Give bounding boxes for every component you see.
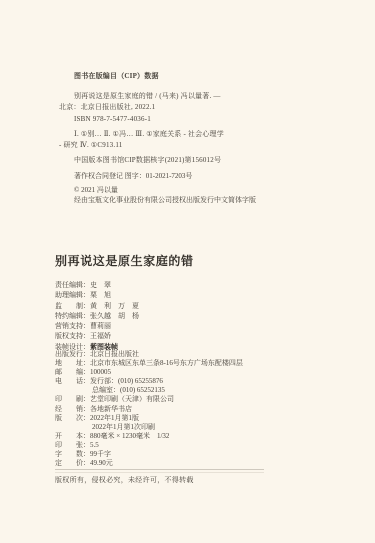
credit-value: 栗 旭 (90, 291, 111, 299)
publication-label: 印 刷： (55, 395, 90, 404)
publication-value: 99千字 (90, 450, 111, 458)
credit-value: 曹莉丽 (90, 322, 111, 330)
copyright-year-line: © 2021 冯以量 (74, 186, 256, 196)
credit-row-rights-support: 版权支持：王福娇 (55, 331, 139, 341)
publication-value: 100005 (90, 368, 111, 376)
credit-label: 版权支持： (55, 331, 90, 341)
credit-label: 监 制： (55, 301, 90, 311)
credit-value: 王福娇 (90, 332, 111, 340)
credit-row-assistant-editor: 助理编辑：栗 旭 (55, 290, 139, 300)
publication-label: 开 本： (55, 432, 90, 441)
publication-label: 电 话： (55, 377, 90, 386)
cip-description-line-2: 北京：北京日报出版社, 2022.1 (59, 102, 335, 113)
publication-label: 定 价： (55, 459, 90, 468)
publication-value: 总编室：(010) 65252135 (92, 386, 165, 394)
publication-row-address: 地 址：北京市东城区东单三条8-16号东方广场东配楼四层 (55, 359, 345, 368)
divider-rule (55, 469, 264, 473)
publication-value: 各地新华书店 (90, 405, 132, 413)
book-title: 别再说这是原生家庭的错 (55, 252, 194, 269)
credit-row-producer: 监 制：黄 利 万 夏 (55, 301, 139, 311)
cip-block: 图书在版编目（CIP）数据 别再说这是原生家庭的错 / (马来) 冯以量著. —… (59, 71, 335, 166)
credit-label: 助理编辑： (55, 290, 90, 300)
publication-label: 字 数： (55, 450, 90, 459)
credit-label: 营销支持： (55, 321, 90, 331)
cip-classification-line-1: Ⅰ. ①别… Ⅱ. ①冯… Ⅲ. ①家庭关系 - 社会心理学 (59, 129, 335, 140)
cip-classification-line-2: - 研究 Ⅳ. ①C913.11 (59, 140, 335, 151)
copyright-page: 图书在版编目（CIP）数据 别再说这是原生家庭的错 / (马来) 冯以量著. —… (0, 0, 375, 543)
cip-isbn-line: ISBN 978-7-5477-4036-1 (59, 114, 335, 125)
credit-label: 责任编辑： (55, 280, 90, 290)
publication-value: 2022年1月第1次印刷 (92, 423, 155, 431)
publication-value: 2022年1月第1版 (90, 414, 139, 422)
publication-value: 艺堂印刷（天津）有限公司 (90, 395, 174, 403)
publication-label: 邮 编： (55, 368, 90, 377)
publication-row-word-count: 字 数：99千字 (55, 450, 345, 459)
publication-row-publisher: 出版发行：北京日报出版社 (55, 350, 345, 359)
publication-row-edition-2: 2022年1月第1次印刷 (55, 423, 345, 432)
rights-notice: 版权所有，侵权必究，未经许可，不得转载 (55, 475, 194, 485)
publication-value: 发行部：(010) 65255876 (90, 377, 163, 385)
publication-row-price: 定 价：49.90元 (55, 459, 345, 468)
credit-label: 特约编辑： (55, 311, 90, 321)
publication-row-postcode: 邮 编：100005 (55, 368, 345, 377)
credit-value: 黄 利 万 夏 (90, 302, 139, 310)
credit-row-contributing-editor: 特约编辑：张久越 胡 杨 (55, 311, 139, 321)
publication-value: 北京日报出版社 (90, 350, 139, 358)
publication-row-phone: 电 话：发行部：(010) 65255876 (55, 377, 345, 386)
cip-header: 图书在版编目（CIP）数据 (59, 71, 335, 82)
publication-label: 地 址： (55, 359, 90, 368)
publication-row-edition: 版 次：2022年1月第1版 (55, 414, 345, 423)
publication-value: 880毫米 × 1230毫米 1/32 (90, 432, 169, 440)
cip-record-number: 中国版本图书馆CIP数据核字(2021)第156012号 (59, 155, 335, 166)
credit-value: 史 翠 (90, 281, 111, 289)
credit-row-editor: 责任编辑：史 翠 (55, 280, 139, 290)
publication-label: 出版发行： (55, 350, 90, 359)
credit-row-marketing: 营销支持：曹莉丽 (55, 321, 139, 331)
publication-row-sheets: 印 张：5.5 (55, 441, 345, 450)
publication-value: 49.90元 (90, 459, 113, 467)
publication-label: 版 次： (55, 414, 90, 423)
credits-block: 责任编辑：史 翠 助理编辑：栗 旭 监 制：黄 利 万 夏 特约编辑：张久越 胡… (55, 280, 139, 352)
publication-block: 出版发行：北京日报出版社 地 址：北京市东城区东单三条8-16号东方广场东配楼四… (55, 350, 345, 468)
credit-value: 张久越 胡 杨 (90, 312, 139, 320)
publication-row-format: 开 本：880毫米 × 1230毫米 1/32 (55, 432, 345, 441)
publication-label: 经 销： (55, 405, 90, 414)
publication-value: 北京市东城区东单三条8-16号东方广场东配楼四层 (90, 359, 243, 367)
publication-label: 印 张： (55, 441, 90, 450)
copyright-registration-line: 著作权合同登记 图字：01-2021-7203号 (74, 171, 192, 181)
publication-value: 5.5 (90, 441, 99, 449)
license-line: 经由宝瓶文化事业股份有限公司授权出版发行中文简体字版 (74, 196, 256, 206)
cip-description-line-1: 别再说这是原生家庭的错 / (马来) 冯以量著. — (59, 91, 335, 102)
publication-row-distributor: 经 销：各地新华书店 (55, 405, 345, 414)
copyright-notice-block: © 2021 冯以量 经由宝瓶文化事业股份有限公司授权出版发行中文简体字版 (74, 186, 256, 205)
publication-row-printer: 印 刷：艺堂印刷（天津）有限公司 (55, 395, 345, 404)
